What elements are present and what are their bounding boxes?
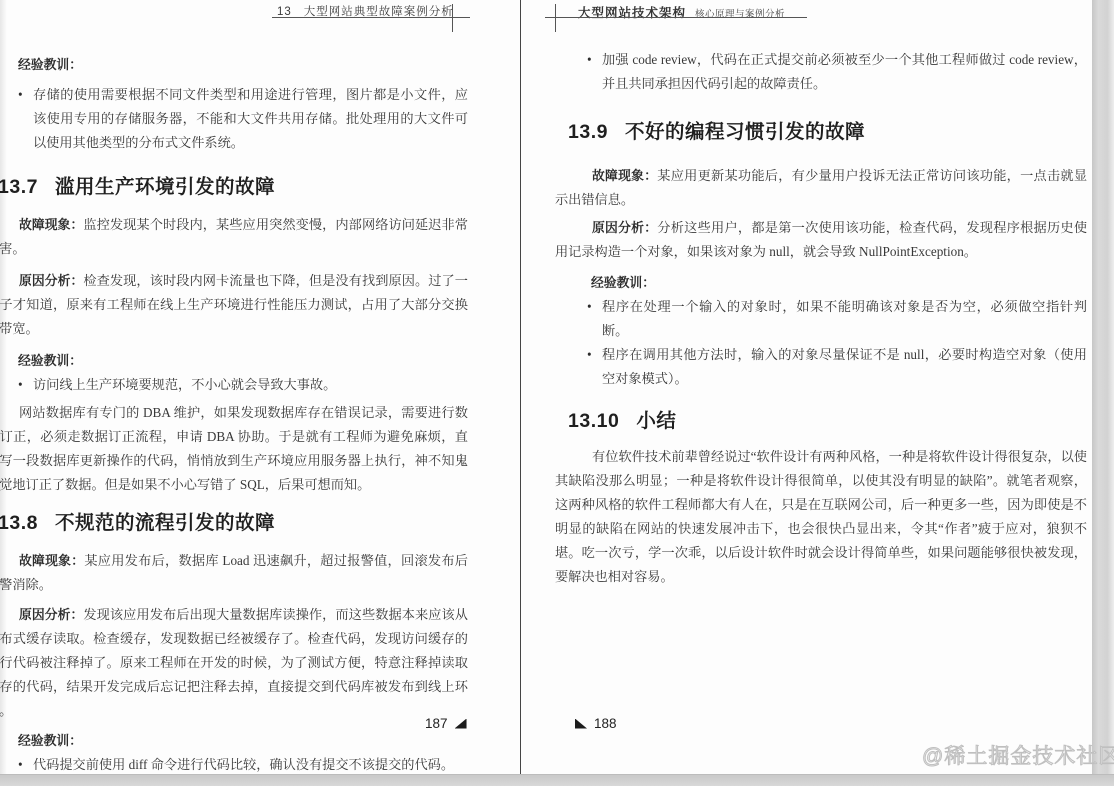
page-number-right: 188 [575, 716, 617, 731]
section-number: 13.7 [0, 176, 38, 198]
page-number-triangle-icon [575, 719, 587, 729]
section-number: 13.8 [0, 512, 38, 534]
analysis-label: 原因分析： [19, 607, 83, 622]
section-number: 13.10 [568, 410, 619, 432]
section-heading-13-10: 13.10小结 [568, 407, 1087, 435]
right-page-body: 加强 code review，代码在正式提交前必须被至少一个其他工程师做过 co… [555, 0, 1087, 589]
analysis-paragraph: 原因分析：检查发现，该时段内网卡流量也下降，但是没有找到原因。过了一阵子才知道，… [0, 269, 468, 341]
analysis-label: 原因分析： [19, 273, 83, 288]
carry-over-list: 加强 code review，代码在正式提交前必须被至少一个其他工程师做过 co… [555, 48, 1087, 96]
phenomenon-label: 故障现象： [592, 168, 657, 183]
phenomenon-paragraph: 故障现象：监控发现某个时段内，某些应用突然变慢，内部网络访问延迟非常厉害。 [0, 213, 468, 261]
phenomenon-paragraph: 故障现象：某应用发布后，数据库 Load 迅速飙升，超过报警值，回滚发布后报警消… [0, 549, 468, 597]
summary-paragraph: 有位软件技术前辈曾经说过“软件设计有两种风格，一种是将软件设计得很复杂，以使其缺… [555, 445, 1087, 589]
list-item: 程序在调用其他方法时，输入的对象尽量保证不是 null，必要时构造空对象（使用空… [602, 343, 1087, 391]
phenomenon-label: 故障现象： [19, 553, 84, 568]
section-title: 滥用生产环境引发的故障 [55, 176, 275, 198]
section-title: 不好的编程习惯引发的故障 [625, 121, 865, 143]
lessons-list: 访问线上生产环境要规范，不小心就会导致大事故。 [0, 373, 468, 397]
section-heading-13-9: 13.9不好的编程习惯引发的故障 [568, 118, 1087, 146]
page-number-left: 187 [425, 716, 467, 731]
page-number-triangle-icon [455, 719, 467, 729]
lessons-label: 经验教训： [18, 349, 468, 373]
lessons-list: 存储的使用需要根据不同文件类型和用途进行管理，图片都是小文件，应该使用专用的存储… [0, 83, 468, 155]
section-title: 不规范的流程引发的故障 [55, 512, 275, 534]
lessons-label: 经验教训： [591, 271, 1087, 295]
list-item: 加强 code review，代码在正式提交前必须被至少一个其他工程师做过 co… [602, 48, 1087, 96]
page-right-188: 大型网站技术架构 核心原理与案例分析 加强 code review，代码在正式提… [521, 0, 1092, 774]
book-scan-spread: 13大型网站典型故障案例分析 经验教训： 存储的使用需要根据不同文件类型和用途进… [0, 0, 1114, 786]
page-number-text: 187 [425, 716, 448, 731]
list-item: 访问线上生产环境要规范，不小心就会导致大事故。 [33, 373, 468, 397]
lessons-list: 程序在处理一个输入的对象时，如果不能明确该对象是否为空，必须做空指针判断。 程序… [555, 295, 1087, 391]
scan-right-strip [1092, 0, 1114, 786]
analysis-label: 原因分析： [592, 220, 657, 235]
phenomenon-paragraph: 故障现象：某应用更新某功能后，有少量用户投诉无法正常访问该功能，一点击就显示出错… [555, 164, 1087, 212]
analysis-paragraph: 原因分析：分析这些用户，都是第一次使用该功能，检查代码，发现程序根据历史使用记录… [555, 216, 1087, 264]
juejin-watermark: @稀土掘金技术社区 [922, 740, 1114, 770]
page-left-187: 13大型网站典型故障案例分析 经验教训： 存储的使用需要根据不同文件类型和用途进… [0, 0, 520, 774]
lessons-label: 经验教训： [18, 729, 468, 753]
scan-bottom-strip [0, 774, 1114, 786]
lessons-label: 经验教训： [18, 53, 468, 77]
section-heading-13-7: 13.7滥用生产环境引发的故障 [0, 173, 468, 201]
page-number-text: 188 [594, 716, 617, 731]
analysis-text: 发现该应用发布后出现大量数据库读操作，而这些数据本来应该从分布式缓存读取。检查缓… [0, 607, 468, 718]
dba-paragraph: 网站数据库有专门的 DBA 维护，如果发现数据库存在错误记录，需要进行数据订正，… [0, 401, 468, 497]
list-item: 存储的使用需要根据不同文件类型和用途进行管理，图片都是小文件，应该使用专用的存储… [33, 83, 468, 155]
analysis-paragraph: 原因分析：发现该应用发布后出现大量数据库读操作，而这些数据本来应该从分布式缓存读… [0, 603, 468, 723]
section-heading-13-8: 13.8不规范的流程引发的故障 [0, 509, 468, 537]
list-item: 程序在处理一个输入的对象时，如果不能明确该对象是否为空，必须做空指针判断。 [602, 295, 1087, 343]
left-page-body: 经验教训： 存储的使用需要根据不同文件类型和用途进行管理，图片都是小文件，应该使… [0, 0, 468, 774]
list-item: 代码提交前使用 diff 命令进行代码比较，确认没有提交不该提交的代码。 [33, 753, 468, 774]
section-number: 13.9 [568, 121, 608, 143]
lessons-list: 代码提交前使用 diff 命令进行代码比较，确认没有提交不该提交的代码。 [0, 753, 468, 774]
section-title: 小结 [636, 410, 676, 432]
phenomenon-label: 故障现象： [19, 217, 83, 232]
